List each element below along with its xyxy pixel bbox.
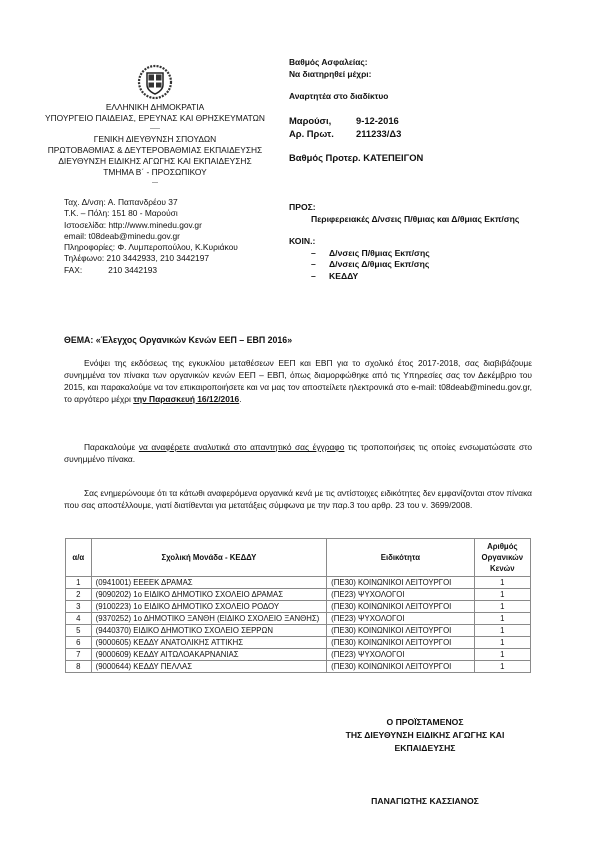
- greek-coat-of-arms-icon: [137, 64, 173, 100]
- org-line: ΔΙΕΥΘΥΝΣΗ ΕΙΔΙΚΗΣ ΑΓΩΓΗΣ ΚΑΙ ΕΚΠΑΙΔΕΥΣΗΣ: [30, 156, 280, 167]
- row-index: 1: [66, 577, 92, 589]
- organization-header: ΕΛΛΗΝΙΚΗ ΔΗΜΟΚΡΑΤΙΑ ΥΠΟΥΡΓΕΙΟ ΠΑΙΔΕΙΑΣ, …: [30, 102, 280, 188]
- row-school-unit: (9000605) ΚΕΔΔΥ ΑΝΑΤΟΛΙΚΗΣ ΑΤΤΙΚΗΣ: [91, 637, 327, 649]
- header-index: α/α: [66, 539, 92, 577]
- paragraph-1: Ενόψει της εκδόσεως της εγκυκλίου μεταθέ…: [64, 357, 532, 405]
- row-specialty: (ΠΕ23) ΨΥΧΟΛΟΓΟΙ: [327, 613, 474, 625]
- document-meta: Βαθμός Ασφαλείας: Να διατηρηθεί μέχρι: Α…: [289, 57, 423, 164]
- paragraph-2: Παρακαλούμε να αναφέρετε αναλυτικά στο α…: [64, 441, 532, 465]
- subject: ΘΕΜΑ: «Έλεγχος Οργανικών Κενών ΕΕΠ – ΕΒΠ…: [64, 335, 292, 345]
- org-line: ΤΜΗΜΑ Β΄ - ΠΡΟΣΩΠΙΚΟΥ: [30, 167, 280, 178]
- table-row: 4(9370252) 1ο ΔΗΜΟΤΙΚΟ ΞΑΝΘΗ (ΕΙΔΙΚΟ ΣΧΟ…: [66, 613, 531, 625]
- org-line: ΕΛΛΗΝΙΚΗ ΔΗΜΟΚΡΑΤΙΑ: [30, 102, 280, 113]
- telephone: Τηλέφωνο: 210 3442933, 210 3442197: [64, 253, 238, 264]
- org-separator: ---: [30, 179, 280, 188]
- underlined-request: να αναφέρετε αναλυτικά στο απαντητικό σα…: [139, 442, 345, 452]
- header-specialty: Ειδικότητα: [327, 539, 474, 577]
- table-row: 6(9000605) ΚΕΔΔΥ ΑΝΑΤΟΛΙΚΗΣ ΑΤΤΙΚΗΣ(ΠΕ30…: [66, 637, 531, 649]
- header-vacancies: Αριθμός Οργανικών Κενών: [474, 539, 530, 577]
- row-specialty: (ΠΕ30) ΚΟΙΝΩΝΙΚΟΙ ΛΕΙΤΟΥΡΓΟΙ: [327, 577, 474, 589]
- row-vacancies: 1: [474, 625, 530, 637]
- table-row: 8(9000644) ΚΕΔΔΥ ΠΕΛΛΑΣ(ΠΕ30) ΚΟΙΝΩΝΙΚΟΙ…: [66, 661, 531, 673]
- row-index: 5: [66, 625, 92, 637]
- fax-value: 210 3442193: [108, 265, 157, 276]
- org-line: ΓΕΝΙΚΗ ΔΙΕΥΘΥΝΣΗ ΣΠΟΥΔΩΝ: [30, 134, 280, 145]
- protocol-number: 211233/Δ3: [356, 127, 401, 140]
- table-header-row: α/α Σχολική Μονάδα - ΚΕΔΔΥ Ειδικότητα Αρ…: [66, 539, 531, 577]
- row-vacancies: 1: [474, 601, 530, 613]
- row-specialty: (ΠΕ30) ΚΟΙΝΩΝΙΚΟΙ ΛΕΙΤΟΥΡΓΟΙ: [327, 637, 474, 649]
- row-index: 4: [66, 613, 92, 625]
- place-label: Μαρούσι,: [289, 114, 356, 127]
- row-school-unit: (9440370) ΕΙΔΙΚΟ ΔΗΜΟΤΙΚΟ ΣΧΟΛΕΙΟ ΣΕΡΡΩΝ: [91, 625, 327, 637]
- row-vacancies: 1: [474, 649, 530, 661]
- vacancies-table: α/α Σχολική Μονάδα - ΚΕΔΔΥ Ειδικότητα Αρ…: [65, 538, 531, 673]
- fax: FAX:210 3442193: [64, 265, 238, 276]
- row-index: 6: [66, 637, 92, 649]
- cc-item: –Δ/νσεις Δ/θμιας Εκπ/σης: [289, 259, 539, 271]
- row-specialty: (ΠΕ23) ΨΥΧΟΛΟΓΟΙ: [327, 649, 474, 661]
- cc-label: ΚΟΙΝ.:: [289, 236, 539, 248]
- table-row: 1(0941001) ΕΕΕΕΚ ΔΡΑΜΑΣ(ΠΕ30) ΚΟΙΝΩΝΙΚΟΙ…: [66, 577, 531, 589]
- row-school-unit: (9100223) 1ο ΕΙΔΙΚΟ ΔΗΜΟΤΙΚΟ ΣΧΟΛΕΙΟ ΡΟΔ…: [91, 601, 327, 613]
- signature-title: Ο ΠΡΟΪΣΤΑΜΕΝΟΣ ΤΗΣ ΔΙΕΥΘΥΝΣΗ ΕΙΔΙΚΗΣ ΑΓΩ…: [300, 716, 550, 755]
- security-level: Βαθμός Ασφαλείας:: [289, 57, 423, 69]
- priority: Βαθμός Προτερ. ΚΑΤΕΠΕΙΓΟΝ: [289, 151, 423, 164]
- table-row: 5(9440370) ΕΙΔΙΚΟ ΔΗΜΟΤΙΚΟ ΣΧΟΛΕΙΟ ΣΕΡΡΩ…: [66, 625, 531, 637]
- signatory-name: ΠΑΝΑΓΙΩΤΗΣ ΚΑΣΣΙΑΝΟΣ: [300, 796, 550, 806]
- post-online-note: Αναρτητέα στο διαδίκτυο: [289, 91, 423, 103]
- postal-code-city: Τ.Κ. – Πόλη: 151 80 - Μαρούσι: [64, 208, 238, 219]
- protocol-row: Αρ. Πρωτ. 211233/Δ3: [289, 127, 423, 140]
- row-school-unit: (9370252) 1ο ΔΗΜΟΤΙΚΟ ΞΑΝΘΗ (ΕΙΔΙΚΟ ΣΧΟΛ…: [91, 613, 327, 625]
- row-school-unit: (9000609) ΚΕΔΔΥ ΑΙΤΩΛΟΑΚΑΡΝΑΝΙΑΣ: [91, 649, 327, 661]
- recipients: ΠΡΟΣ: Περιφερειακές Δ/νσεις Π/θμιας και …: [289, 202, 539, 282]
- paragraph-3: Σας ενημερώνουμε ότι τα κάτωθι αναφερόμε…: [64, 487, 532, 511]
- table-row: 2(9090202) 1ο ΕΙΔΙΚΟ ΔΗΜΟΤΙΚΟ ΣΧΟΛΕΙΟ ΔΡ…: [66, 589, 531, 601]
- cc-item: –Δ/νσεις Π/θμιας Εκπ/σης: [289, 248, 539, 260]
- row-vacancies: 1: [474, 661, 530, 673]
- information-contacts: Πληροφορίες: Φ. Λυμπεροπούλου, Κ.Κυριάκο…: [64, 242, 238, 253]
- row-index: 8: [66, 661, 92, 673]
- row-vacancies: 1: [474, 613, 530, 625]
- row-index: 3: [66, 601, 92, 613]
- retain-until: Να διατηρηθεί μέχρι:: [289, 69, 423, 81]
- row-specialty: (ΠΕ30) ΚΟΙΝΩΝΙΚΟΙ ΛΕΙΤΟΥΡΓΟΙ: [327, 625, 474, 637]
- row-school-unit: (0941001) ΕΕΕΕΚ ΔΡΑΜΑΣ: [91, 577, 327, 589]
- document-date: 9-12-2016: [356, 114, 399, 127]
- row-index: 7: [66, 649, 92, 661]
- email: email: t08deab@minedu.gov.gr: [64, 231, 238, 242]
- row-school-unit: (9090202) 1ο ΕΙΔΙΚΟ ΔΗΜΟΤΙΚΟ ΣΧΟΛΕΙΟ ΔΡΑ…: [91, 589, 327, 601]
- website: Ιστοσελίδα: http://www.minedu.gov.gr: [64, 220, 238, 231]
- row-specialty: (ΠΕ30) ΚΟΙΝΩΝΙΚΟΙ ΛΕΙΤΟΥΡΓΟΙ: [327, 601, 474, 613]
- row-specialty: (ΠΕ23) ΨΥΧΟΛΟΓΟΙ: [327, 589, 474, 601]
- header-school-unit: Σχολική Μονάδα - ΚΕΔΔΥ: [91, 539, 327, 577]
- cc-item: –ΚΕΔΔΥ: [289, 271, 539, 283]
- address: Ταχ. Δ/νση: Α. Παπανδρέου 37: [64, 197, 238, 208]
- row-school-unit: (9000644) ΚΕΔΔΥ ΠΕΛΛΑΣ: [91, 661, 327, 673]
- fax-label: FAX:: [64, 265, 82, 275]
- table-row: 3(9100223) 1ο ΕΙΔΙΚΟ ΔΗΜΟΤΙΚΟ ΣΧΟΛΕΙΟ ΡΟ…: [66, 601, 531, 613]
- protocol-label: Αρ. Πρωτ.: [289, 127, 356, 140]
- to-label: ΠΡΟΣ:: [289, 202, 539, 214]
- row-vacancies: 1: [474, 637, 530, 649]
- row-specialty: (ΠΕ30) ΚΟΙΝΩΝΙΚΟΙ ΛΕΙΤΟΥΡΓΟΙ: [327, 661, 474, 673]
- row-vacancies: 1: [474, 589, 530, 601]
- date-row: Μαρούσι, 9-12-2016: [289, 114, 423, 127]
- org-line: ΠΡΩΤΟΒΑΘΜΙΑΣ & ΔΕΥΤΕΡΟΒΑΘΜΙΑΣ ΕΚΠΑΙΔΕΥΣΗ…: [30, 145, 280, 156]
- contact-info: Ταχ. Δ/νση: Α. Παπανδρέου 37 Τ.Κ. – Πόλη…: [64, 197, 238, 276]
- table-row: 7(9000609) ΚΕΔΔΥ ΑΙΤΩΛΟΑΚΑΡΝΑΝΙΑΣ(ΠΕ23) …: [66, 649, 531, 661]
- to-recipient: Περιφερειακές Δ/νσεις Π/θμιας και Δ/θμια…: [289, 214, 539, 226]
- row-vacancies: 1: [474, 577, 530, 589]
- deadline: την Παρασκευή 16/12/2016: [133, 394, 239, 404]
- org-separator: -----: [30, 125, 280, 134]
- row-index: 2: [66, 589, 92, 601]
- org-line: ΥΠΟΥΡΓΕΙΟ ΠΑΙΔΕΙΑΣ, ΕΡΕΥΝΑΣ ΚΑΙ ΘΡΗΣΚΕΥΜ…: [30, 113, 280, 124]
